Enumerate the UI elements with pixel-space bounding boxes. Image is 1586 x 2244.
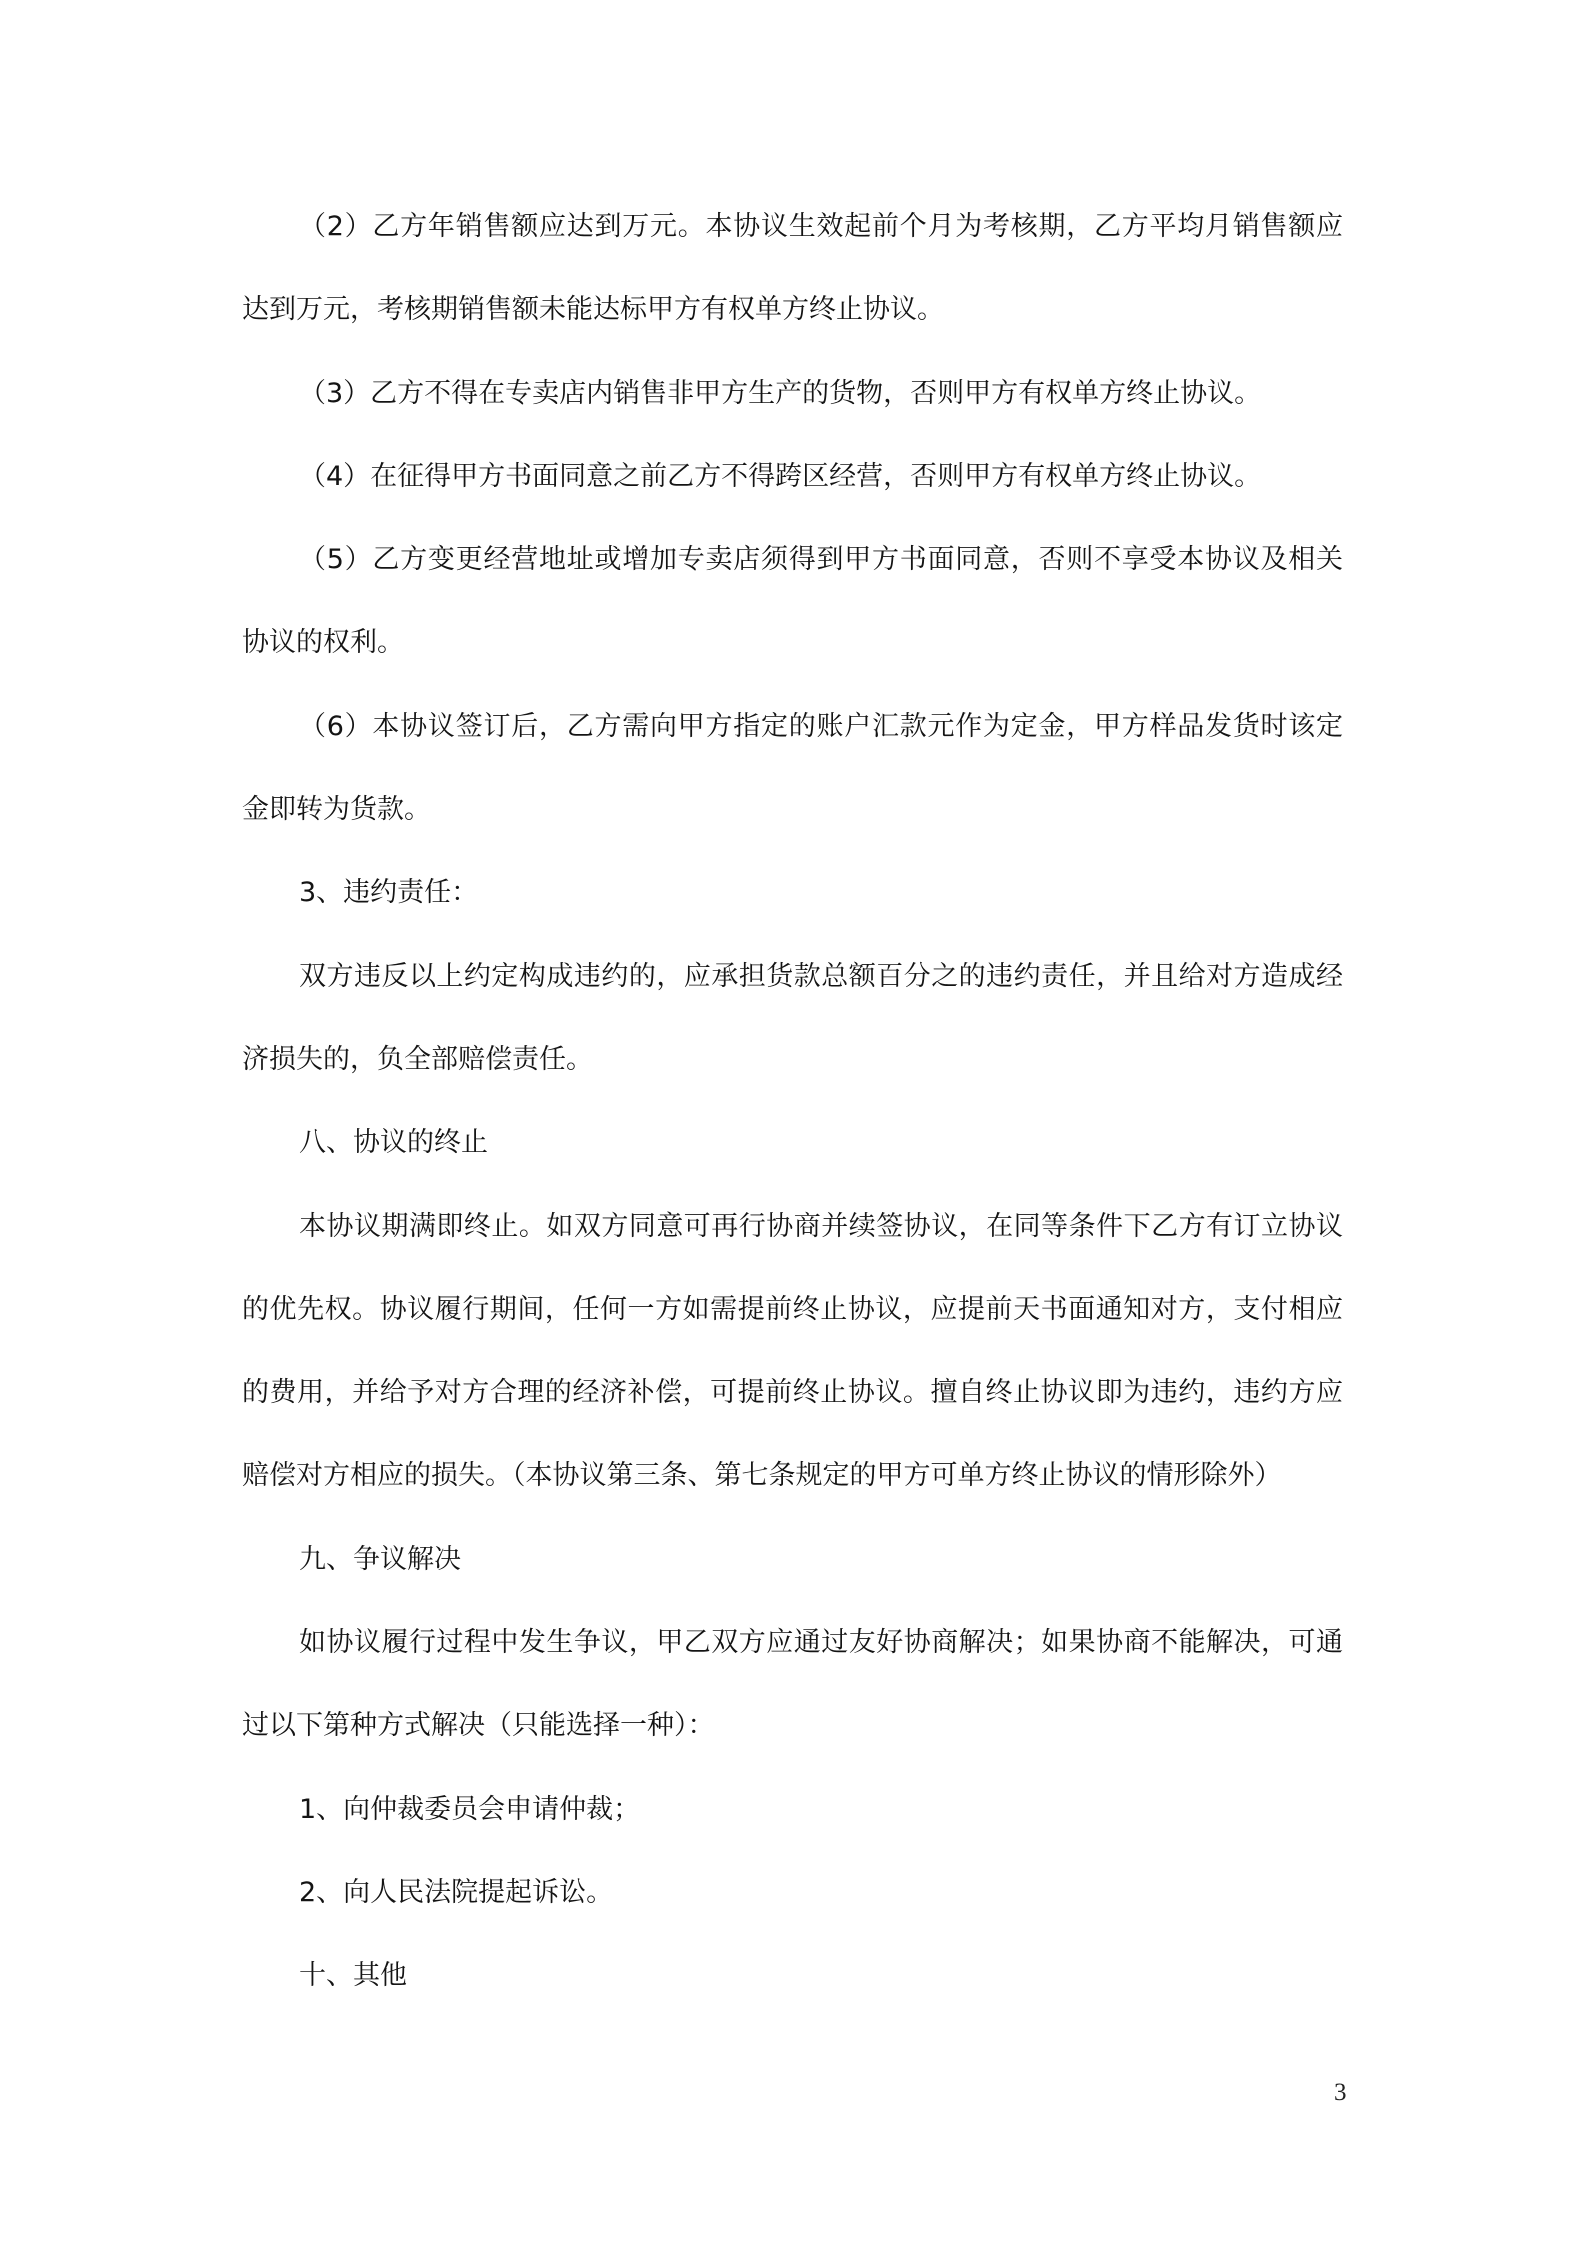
paragraph-line: 的优先权。协议履行期间，任何一方如需提前终止协议，应提前天书面通知对方，支付相应	[242, 1268, 1343, 1351]
paragraph-line: 济损失的，负全部赔偿责任。	[242, 1018, 1343, 1101]
document-body: （2）乙方年销售额应达到万元。本协议生效起前个月为考核期，乙方平均月销售额应 达…	[242, 185, 1343, 2018]
paragraph-line: 的费用，并给予对方合理的经济补偿，可提前终止协议。擅自终止协议即为违约，违约方应	[242, 1351, 1343, 1434]
paragraph-line: 双方违反以上约定构成违约的，应承担货款总额百分之的违约责任，并且给对方造成经	[242, 935, 1343, 1018]
paragraph-line: 如协议履行过程中发生争议，甲乙双方应通过友好协商解决；如果协商不能解决，可通	[242, 1601, 1343, 1684]
paragraph-line: （5）乙方变更经营地址或增加专卖店须得到甲方书面同意，否则不享受本协议及相关	[242, 518, 1343, 601]
paragraph-line: 赔偿对方相应的损失。（本协议第三条、第七条规定的甲方可单方终止协议的情形除外）	[242, 1434, 1343, 1517]
section-heading: 3、违约责任：	[242, 851, 1343, 934]
list-item: 2、向人民法院提起诉讼。	[242, 1851, 1343, 1934]
paragraph-line: 协议的权利。	[242, 601, 1343, 684]
document-page: （2）乙方年销售额应达到万元。本协议生效起前个月为考核期，乙方平均月销售额应 达…	[0, 0, 1586, 2244]
section-heading: 十、其他	[242, 1934, 1343, 2017]
paragraph-line: （4）在征得甲方书面同意之前乙方不得跨区经营，否则甲方有权单方终止协议。	[242, 435, 1343, 518]
section-heading: 九、争议解决	[242, 1518, 1343, 1601]
section-heading: 八、协议的终止	[242, 1101, 1343, 1184]
paragraph-line: 达到万元，考核期销售额未能达标甲方有权单方终止协议。	[242, 268, 1343, 351]
paragraph-line: （3）乙方不得在专卖店内销售非甲方生产的货物，否则甲方有权单方终止协议。	[242, 352, 1343, 435]
paragraph-line: 过以下第种方式解决（只能选择一种）：	[242, 1684, 1343, 1767]
paragraph-line: （2）乙方年销售额应达到万元。本协议生效起前个月为考核期，乙方平均月销售额应	[242, 185, 1343, 268]
list-item: 1、向仲裁委员会申请仲裁；	[242, 1768, 1343, 1851]
paragraph-line: 本协议期满即终止。如双方同意可再行协商并续签协议，在同等条件下乙方有订立协议	[242, 1185, 1343, 1268]
paragraph-line: 金即转为货款。	[242, 768, 1343, 851]
paragraph-line: （6）本协议签订后，乙方需向甲方指定的账户汇款元作为定金，甲方样品发货时该定	[242, 685, 1343, 768]
page-number: 3	[1334, 2078, 1347, 2108]
